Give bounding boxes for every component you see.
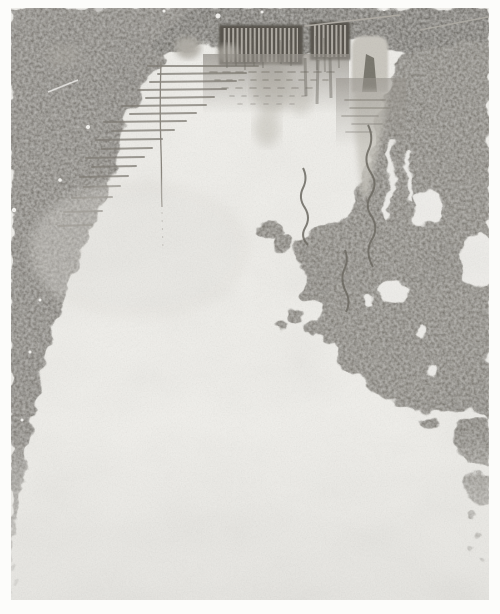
canal-photograph bbox=[0, 0, 500, 614]
halftone-blotch-overlay bbox=[11, 8, 489, 600]
canal-photo-svg bbox=[0, 0, 500, 614]
scanned-page bbox=[0, 0, 500, 614]
